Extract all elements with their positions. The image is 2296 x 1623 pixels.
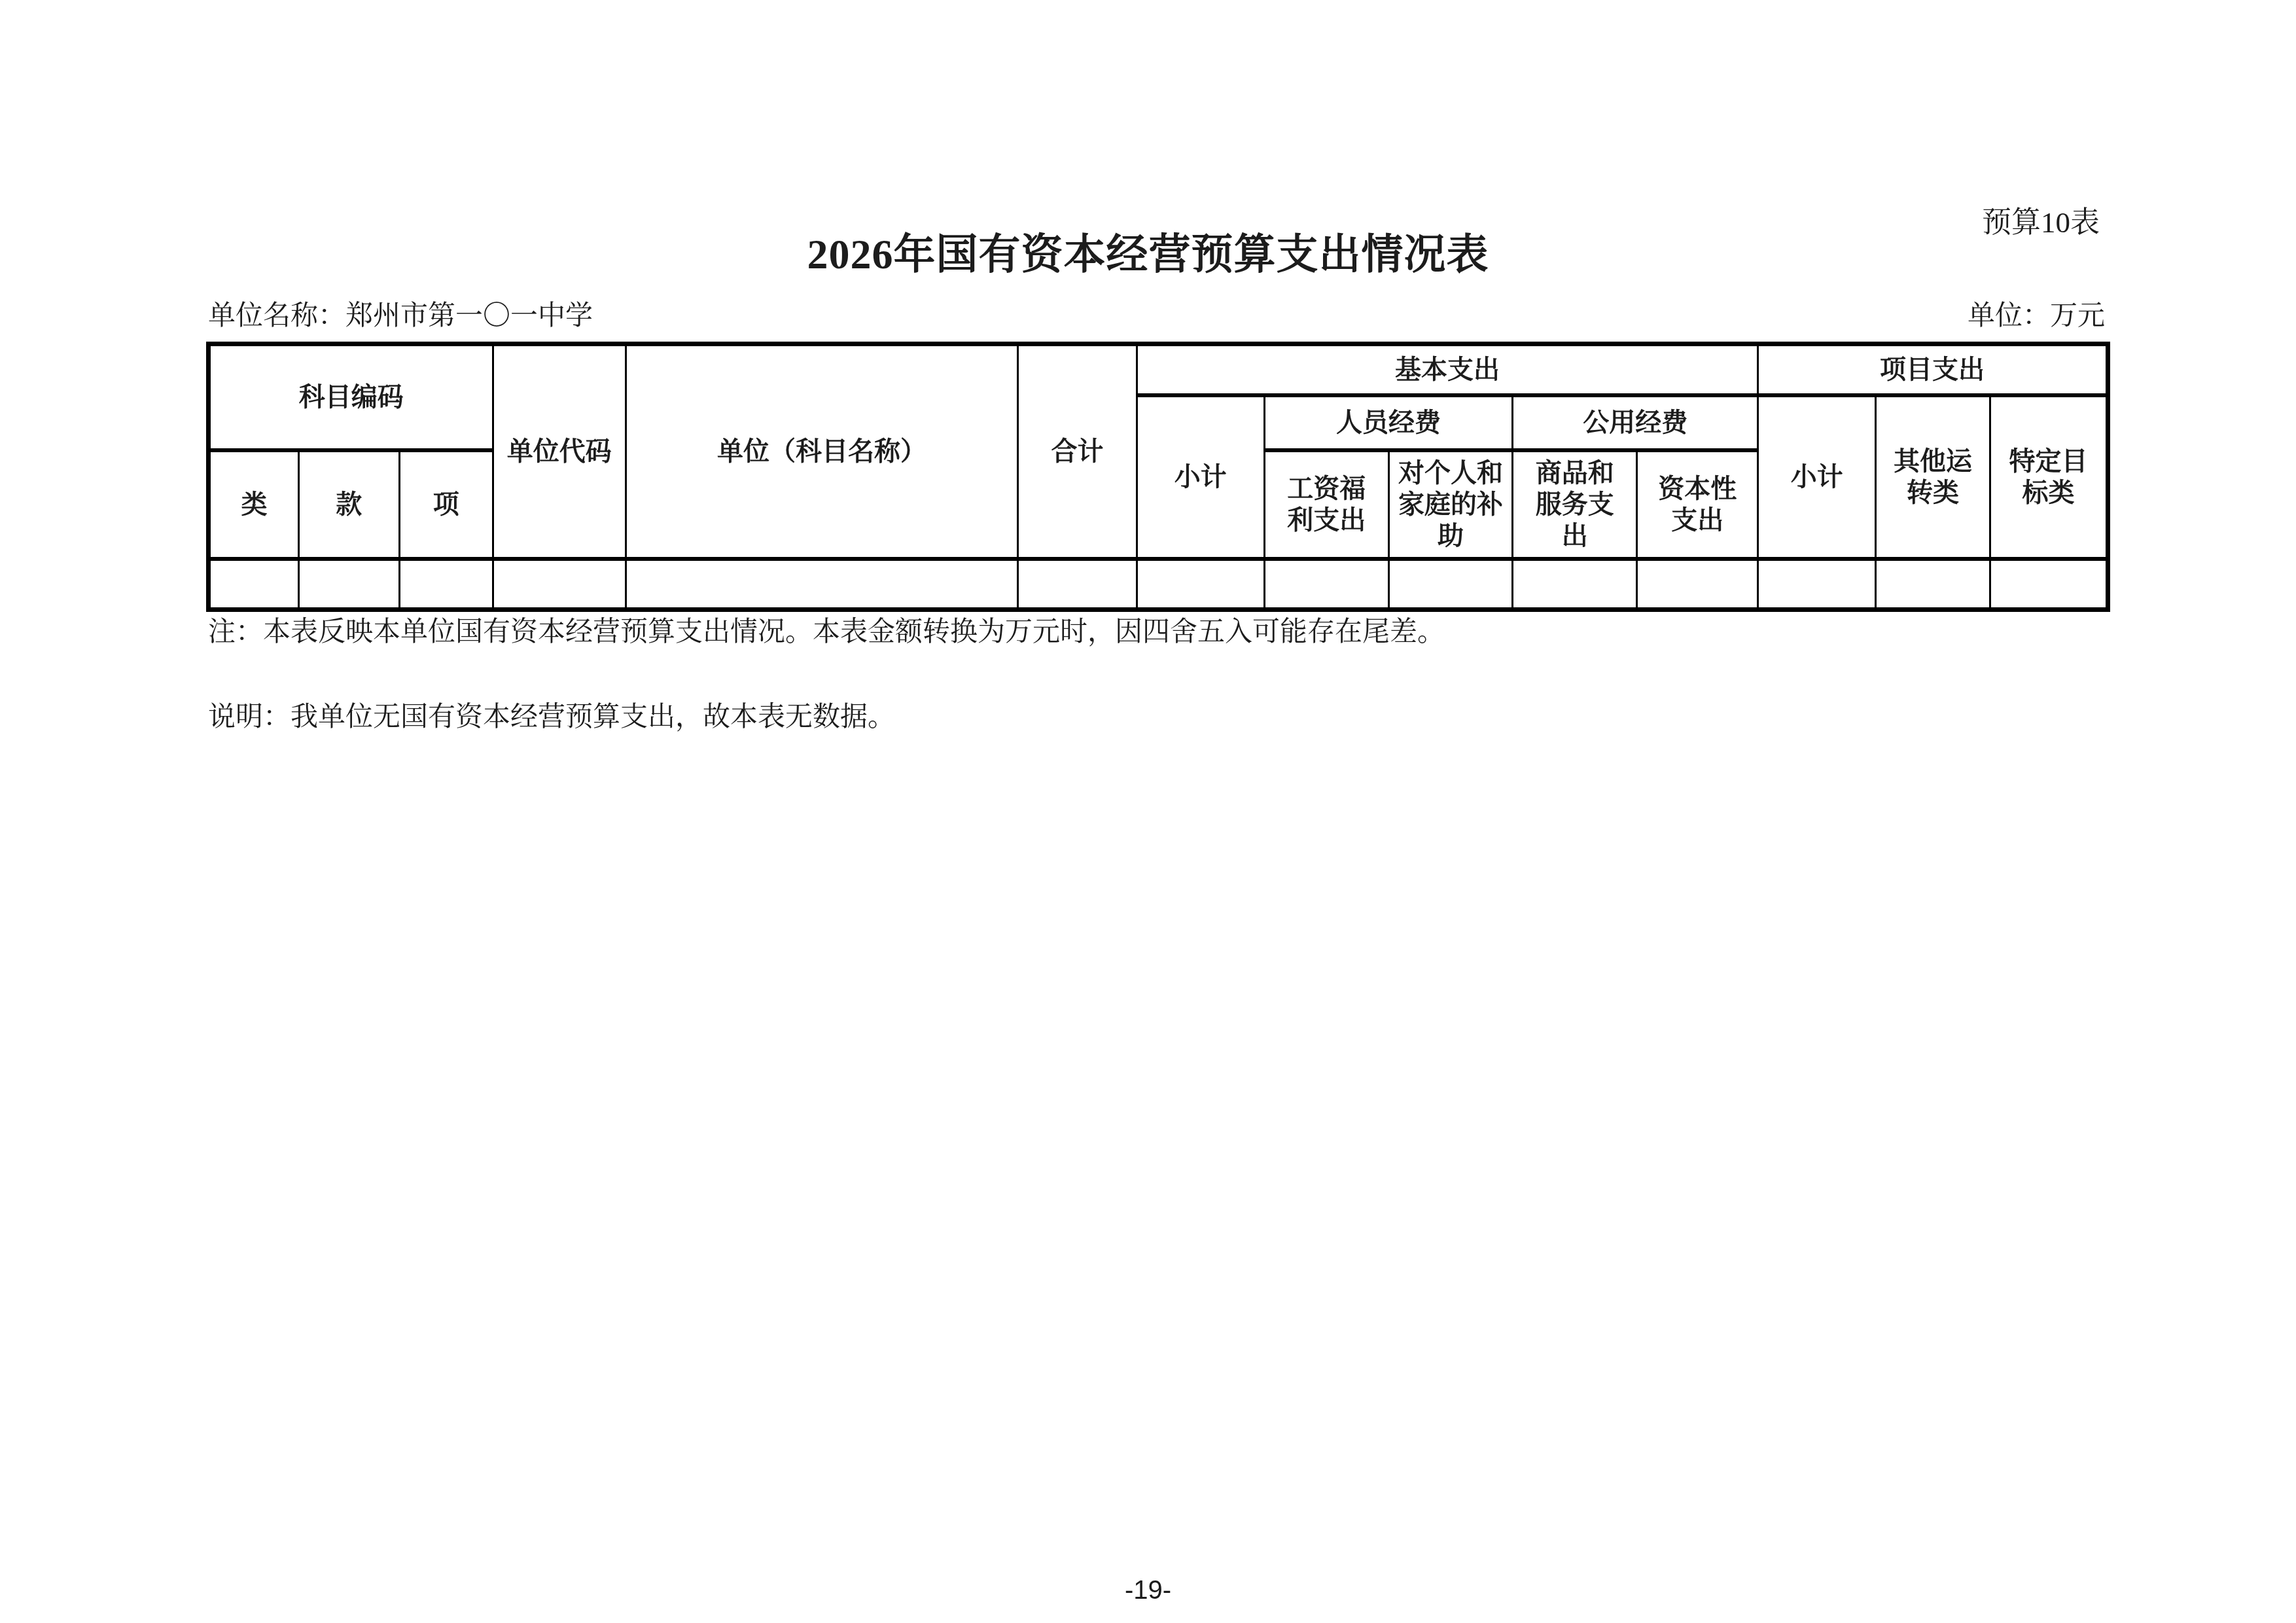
cell-item: [399, 559, 493, 610]
cell-basic-subtotal: [1137, 559, 1264, 610]
cell-class: [209, 559, 299, 610]
page-title: 2026年国有资本经营预算支出情况表: [0, 230, 2296, 279]
header-subject-code: 科目编码: [209, 344, 493, 450]
header-unit-code: 单位代码: [493, 344, 626, 559]
header-item-col: 项: [399, 450, 493, 559]
table-note: 注：本表反映本单位国有资本经营预算支出情况。本表金额转换为万元时，因四舍五入可能…: [208, 616, 1445, 648]
header-personnel-funds: 人员经费: [1264, 395, 1513, 450]
header-capital-expenditure: 资本性 支出: [1637, 450, 1758, 559]
cell-specific-target: [1990, 559, 2108, 610]
header-basic-subtotal: 小计: [1137, 395, 1264, 559]
header-class-col: 类: [209, 450, 299, 559]
header-project-expenditure: 项目支出: [1758, 344, 2108, 395]
cell-section: [298, 559, 399, 610]
header-unit-subject-name: 单位（科目名称）: [626, 344, 1017, 559]
header-specific-target-class: 特定目 标类: [1990, 395, 2108, 559]
table-meta-row: 单位名称：郑州市第一〇一中学 单位：万元: [208, 300, 2105, 332]
document-page: 预算10表 2026年国有资本经营预算支出情况表 单位名称：郑州市第一〇一中学 …: [0, 0, 2296, 1623]
cell-unit-code: [493, 559, 626, 610]
budget-expenditure-table: 科目编码 单位代码 单位（科目名称） 合计 基本支出 项目支出 小计 人员经费 …: [206, 342, 2110, 612]
page-number: -19-: [0, 1576, 2296, 1605]
header-goods-services: 商品和 服务支 出: [1513, 450, 1637, 559]
cell-other-operating: [1876, 559, 1990, 610]
header-basic-expenditure: 基本支出: [1137, 344, 1757, 395]
header-wage-welfare: 工资福 利支出: [1264, 450, 1388, 559]
header-public-funds: 公用经费: [1513, 395, 1758, 450]
header-project-subtotal: 小计: [1758, 395, 1876, 559]
cell-unit-subject-name: [626, 559, 1017, 610]
cell-wage-welfare: [1264, 559, 1388, 610]
cell-project-subtotal: [1758, 559, 1876, 610]
table-statement: 说明：我单位无国有资本经营预算支出，故本表无数据。: [208, 702, 895, 733]
cell-individual-family-subsidy: [1388, 559, 1513, 610]
header-section-col: 款: [298, 450, 399, 559]
unit-currency-label: 单位：万元: [1968, 300, 2105, 332]
table-row: [209, 559, 2108, 610]
cell-goods-services: [1513, 559, 1637, 610]
unit-name-label: 单位名称：郑州市第一〇一中学: [208, 300, 593, 332]
cell-grand-total: [1018, 559, 1137, 610]
header-other-operating-class: 其他运 转类: [1876, 395, 1990, 559]
header-individual-family-subsidy: 对个人和 家庭的补 助: [1388, 450, 1513, 559]
header-grand-total: 合计: [1018, 344, 1137, 559]
cell-capital-expenditure: [1637, 559, 1758, 610]
